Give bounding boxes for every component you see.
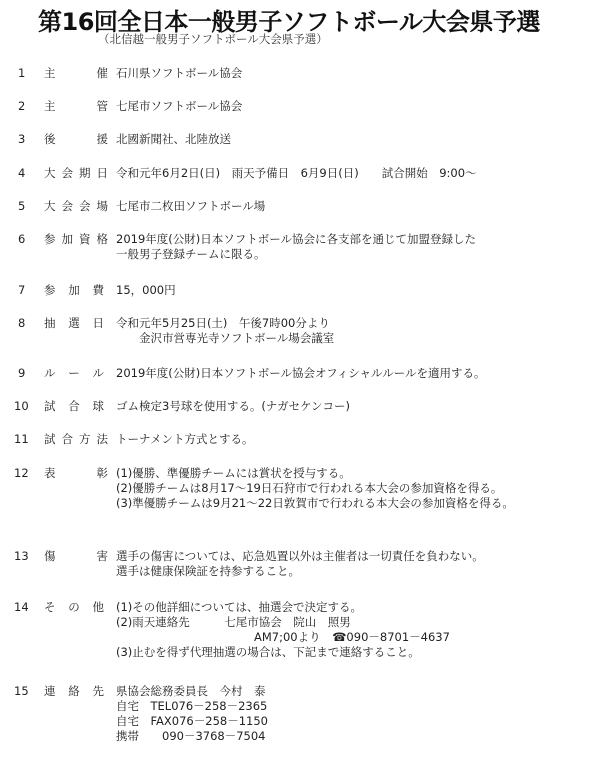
item-value-line: 自宅 FAX076－258－1150: [116, 714, 268, 729]
item-label-char: 主: [44, 99, 56, 114]
item-label-char: ル: [93, 366, 105, 381]
item-value-line: 七尾市二枚田ソフトボール場: [116, 199, 265, 214]
item-value-line: AM7;00より ☎090－8701－4637: [116, 630, 450, 645]
item-number: 8: [18, 316, 40, 331]
item-value: ゴム検定3号球を使用する。(ナガセケンコー): [116, 399, 350, 414]
item-value: 県協会総務委員長 今村 泰自宅 TEL076－258－2365自宅 FAX076…: [116, 684, 268, 744]
item-label-char: 大: [44, 199, 56, 214]
item-label: ルール: [44, 366, 104, 381]
item-label: 大会会場: [44, 199, 108, 214]
item-label-char: 合: [62, 432, 74, 447]
item-label-char: 選: [68, 316, 80, 331]
item-label-char: 合: [68, 399, 80, 414]
item-label-char: 参: [44, 283, 56, 298]
item-label-char: 試: [44, 432, 56, 447]
page-subtitle: （北信越一般男子ソフトボール大会県予選）: [98, 31, 328, 47]
item-value: 15，000円: [116, 283, 176, 298]
item-label-char: 他: [93, 600, 105, 615]
item-number: 3: [18, 132, 40, 147]
item-label: その他: [44, 600, 104, 615]
item-value: 石川県ソフトボール協会: [116, 66, 242, 81]
item-label: 試合方法: [44, 432, 108, 447]
item-value-line: 選手は健康保険証を持参すること。: [116, 564, 484, 579]
item-label-char: 援: [97, 132, 109, 147]
item-label-char: ー: [68, 366, 80, 381]
item-value-line: 金沢市営専光寺ソフトボール場会議室: [116, 331, 334, 346]
item-value-line: (3)止むを得ず代理抽選の場合は、下記まで連絡すること。: [116, 645, 450, 660]
item-label-char: 彰: [97, 466, 109, 481]
item-label-char: 法: [97, 432, 109, 447]
item-value-line: 15，000円: [116, 283, 176, 298]
item-label-char: 害: [97, 549, 109, 564]
item-label-char: 日: [97, 166, 109, 181]
item-value: 七尾市ソフトボール協会: [116, 99, 242, 114]
item-label: 試合球: [44, 399, 104, 414]
item-label-char: 加: [62, 232, 74, 247]
item-label-char: 日: [93, 316, 105, 331]
item-label: 後援: [44, 132, 108, 147]
item-value-line: 携帯 090－3768－7504: [116, 729, 268, 744]
item-value-line: ゴム検定3号球を使用する。(ナガセケンコー): [116, 399, 350, 414]
item-label-char: 格: [97, 232, 109, 247]
item-number: 11: [14, 432, 36, 447]
item-number: 13: [14, 549, 36, 564]
item-value: 七尾市二枚田ソフトボール場: [116, 199, 265, 214]
item-label: 連絡先: [44, 684, 104, 699]
item-label-char: 方: [79, 432, 91, 447]
item-label: 主催: [44, 66, 108, 81]
item-label-char: 絡: [68, 684, 80, 699]
item-label-char: 後: [44, 132, 56, 147]
item-label-char: 会: [62, 166, 74, 181]
item-number: 1: [18, 66, 40, 81]
item-label-char: 大: [44, 166, 56, 181]
item-label-char: 傷: [44, 549, 56, 564]
item-value: (1)その他詳細については、抽選会で決定する。(2)雨天連絡先 七尾市協会 院山…: [116, 600, 450, 660]
item-label: 表彰: [44, 466, 108, 481]
item-label-char: 球: [93, 399, 105, 414]
item-value-line: 2019年度(公財)日本ソフトボール協会オフィシャルルールを適用する。: [116, 366, 486, 381]
item-value-line: (1)優勝、準優勝チームには賞状を授与する。: [116, 466, 514, 481]
item-number: 6: [18, 232, 40, 247]
item-value-line: 令和元年5月25日(土) 午後7時00分より: [116, 316, 334, 331]
item-label-char: 期: [79, 166, 91, 181]
item-label-char: 連: [44, 684, 56, 699]
item-label-char: 先: [93, 684, 105, 699]
item-label-char: 参: [44, 232, 56, 247]
item-label-char: 主: [44, 66, 56, 81]
item-number: 9: [18, 366, 40, 381]
item-value: (1)優勝、準優勝チームには賞状を授与する。(2)優勝チームは8月17～19日石…: [116, 466, 514, 511]
item-number: 7: [18, 283, 40, 298]
item-label-char: 費: [93, 283, 105, 298]
item-value-line: 県協会総務委員長 今村 泰: [116, 684, 268, 699]
item-value-line: 選手の傷害については、応急処置以外は主催者は一切責任を負わない。: [116, 549, 484, 564]
item-value: 令和元年5月25日(土) 午後7時00分より 金沢市営専光寺ソフトボール場会議室: [116, 316, 334, 346]
item-label-char: 会: [79, 199, 91, 214]
item-value: 北國新聞社、北陸放送: [116, 132, 231, 147]
item-value-line: 石川県ソフトボール協会: [116, 66, 242, 81]
item-value-line: 令和元年6月2日(日) 雨天予備日 6月9日(日) 試合開始 9:00～: [116, 166, 477, 181]
item-number: 15: [14, 684, 36, 699]
item-value-line: 七尾市ソフトボール協会: [116, 99, 242, 114]
item-value-line: 北國新聞社、北陸放送: [116, 132, 231, 147]
item-value-line: 自宅 TEL076－258－2365: [116, 699, 268, 714]
item-label-char: 加: [68, 283, 80, 298]
item-value-line: トーナメント方式とする。: [116, 432, 254, 447]
item-label: 参加資格: [44, 232, 108, 247]
item-number: 14: [14, 600, 36, 615]
item-number: 4: [18, 166, 40, 181]
item-value: トーナメント方式とする。: [116, 432, 254, 447]
item-value-line: (1)その他詳細については、抽選会で決定する。: [116, 600, 450, 615]
item-label: 主管: [44, 99, 108, 114]
item-value-line: (3)準優勝チームは9月21～22日敦賀市で行われる本大会の参加資格を得る。: [116, 496, 514, 511]
item-number: 5: [18, 199, 40, 214]
item-label-char: 場: [97, 199, 109, 214]
item-label: 大会期日: [44, 166, 108, 181]
item-label-char: 資: [79, 232, 91, 247]
item-label-char: ル: [44, 366, 56, 381]
item-value-line: (2)雨天連絡先 七尾市協会 院山 照男: [116, 615, 450, 630]
item-label-char: 表: [44, 466, 56, 481]
item-value-line: (2)優勝チームは8月17～19日石狩市で行われる本大会の参加資格を得る。: [116, 481, 514, 496]
item-label-char: 会: [62, 199, 74, 214]
item-value: 令和元年6月2日(日) 雨天予備日 6月9日(日) 試合開始 9:00～: [116, 166, 477, 181]
item-number: 12: [14, 466, 36, 481]
item-value-line: 2019年度(公財)日本ソフトボール協会に各支部を通じて加盟登録した: [116, 232, 476, 247]
item-value: 2019年度(公財)日本ソフトボール協会に各支部を通じて加盟登録した一般男子登録…: [116, 232, 476, 262]
item-label-char: 管: [97, 99, 109, 114]
item-label-char: そ: [44, 600, 56, 615]
item-number: 10: [14, 399, 36, 414]
item-label-char: の: [68, 600, 80, 615]
item-label: 参加費: [44, 283, 104, 298]
item-value-line: 一般男子登録チームに限る。: [116, 247, 476, 262]
item-label: 抽選日: [44, 316, 104, 331]
item-label-char: 抽: [44, 316, 56, 331]
item-label-char: 試: [44, 399, 56, 414]
item-number: 2: [18, 99, 40, 114]
item-label-char: 催: [97, 66, 109, 81]
item-value: 選手の傷害については、応急処置以外は主催者は一切責任を負わない。選手は健康保険証…: [116, 549, 484, 579]
item-value: 2019年度(公財)日本ソフトボール協会オフィシャルルールを適用する。: [116, 366, 486, 381]
item-label: 傷害: [44, 549, 108, 564]
